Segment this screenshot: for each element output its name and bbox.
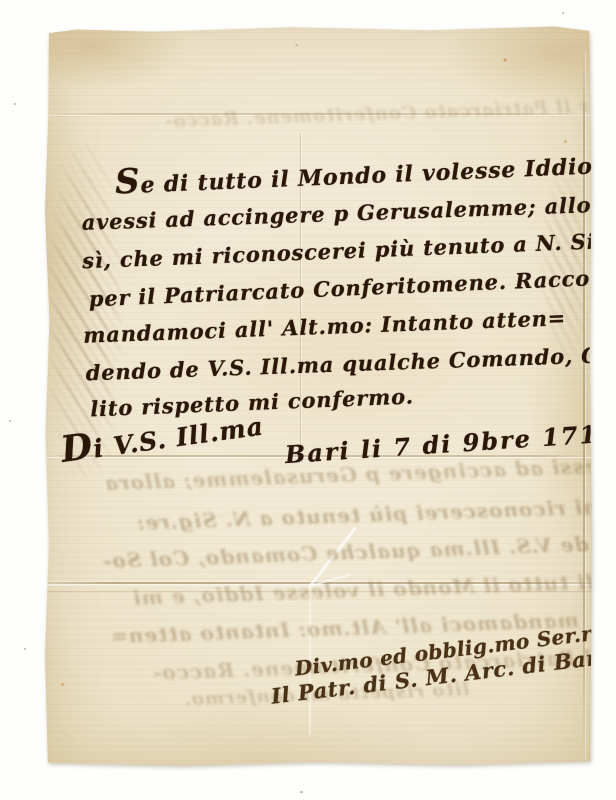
letter-line-5: mandamoci all' Alt.mo: Intanto atten= xyxy=(83,305,567,348)
scanned-letter-page: per il Patriarcato Conferitomene. Racco-… xyxy=(0,0,616,800)
letter-dateline: Bari li 7 di 9bre 1716 xyxy=(284,418,616,469)
paper-sheet-wrapper: per il Patriarcato Conferitomene. Racco-… xyxy=(0,0,616,800)
paper-sheet: per il Patriarcato Conferitomene. Racco-… xyxy=(44,25,593,767)
letter-line-6: dendo de V.S. Ill.ma qualche Comando, Co… xyxy=(85,340,616,385)
letter-line-2: avessi ad accingere p Gerusalemme; allor… xyxy=(81,191,616,235)
letter-line-4: per il Patriarcato Conferitomene. Racco- xyxy=(88,265,600,311)
letter-line-3: sì, che mi riconoscerei più tenuto a N. … xyxy=(82,226,616,273)
letter-line-1: Se di tutto il Mondo il volesse Iddio, e… xyxy=(115,150,616,199)
letter-body: Se di tutto il Mondo il volesse Iddio, e… xyxy=(41,21,600,771)
